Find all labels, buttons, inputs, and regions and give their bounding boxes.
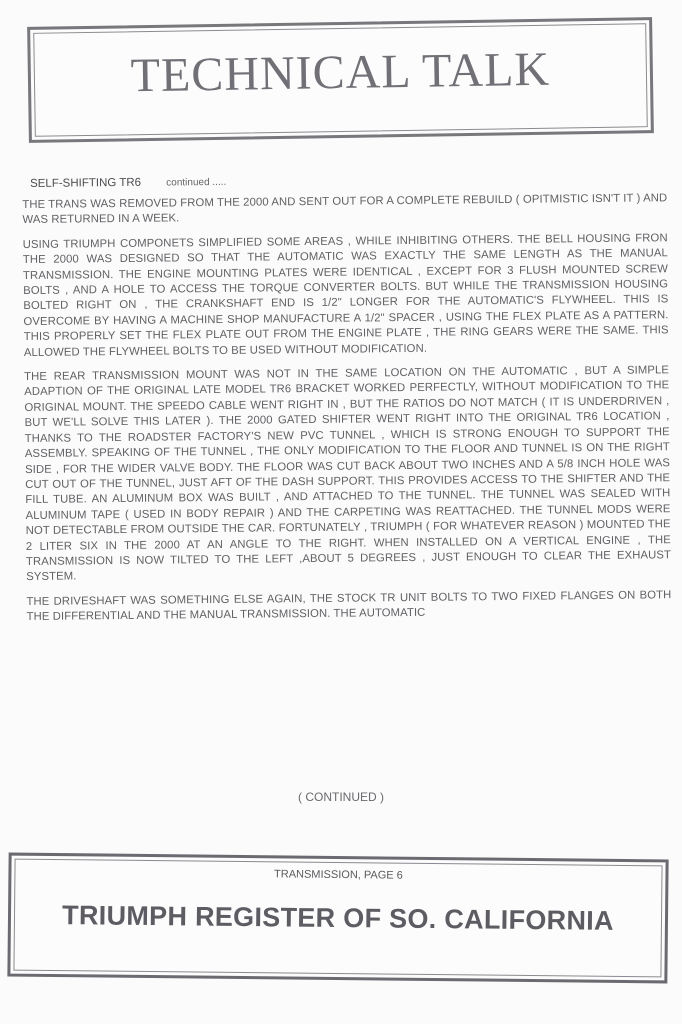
heading-note: continued ..... — [166, 177, 226, 189]
paragraph: THE TRANS WAS REMOVED FROM THE 2000 AND … — [22, 191, 667, 229]
paragraph: USING TRIUMPH COMPONETS SIMPLIFIED SOME … — [23, 231, 669, 361]
paragraph: THE DRIVESHAFT WAS SOMETHING ELSE AGAIN,… — [26, 588, 671, 626]
publication-title: TRIUMPH REGISTER OF SO. CALIFORNIA — [25, 900, 651, 938]
article-body: SELF-SHIFTING TR6 continued ..... THE TR… — [22, 171, 672, 634]
article-heading-text: SELF-SHIFTING TR6 — [30, 177, 141, 190]
article-heading: SELF-SHIFTING TR6 continued ..... — [30, 171, 667, 190]
page-title: TECHNICAL TALK — [30, 40, 650, 105]
continued-label: ( CONTINUED ) — [0, 790, 682, 804]
header-banner: TECHNICAL TALK — [27, 17, 654, 143]
footer-banner: TRANSMISSION, PAGE 6 TRIUMPH REGISTER OF… — [7, 853, 668, 984]
page-label: TRANSMISSION, PAGE 6 — [11, 866, 665, 885]
paragraph: THE REAR TRANSMISSION MOUNT WAS NOT IN T… — [24, 363, 671, 585]
